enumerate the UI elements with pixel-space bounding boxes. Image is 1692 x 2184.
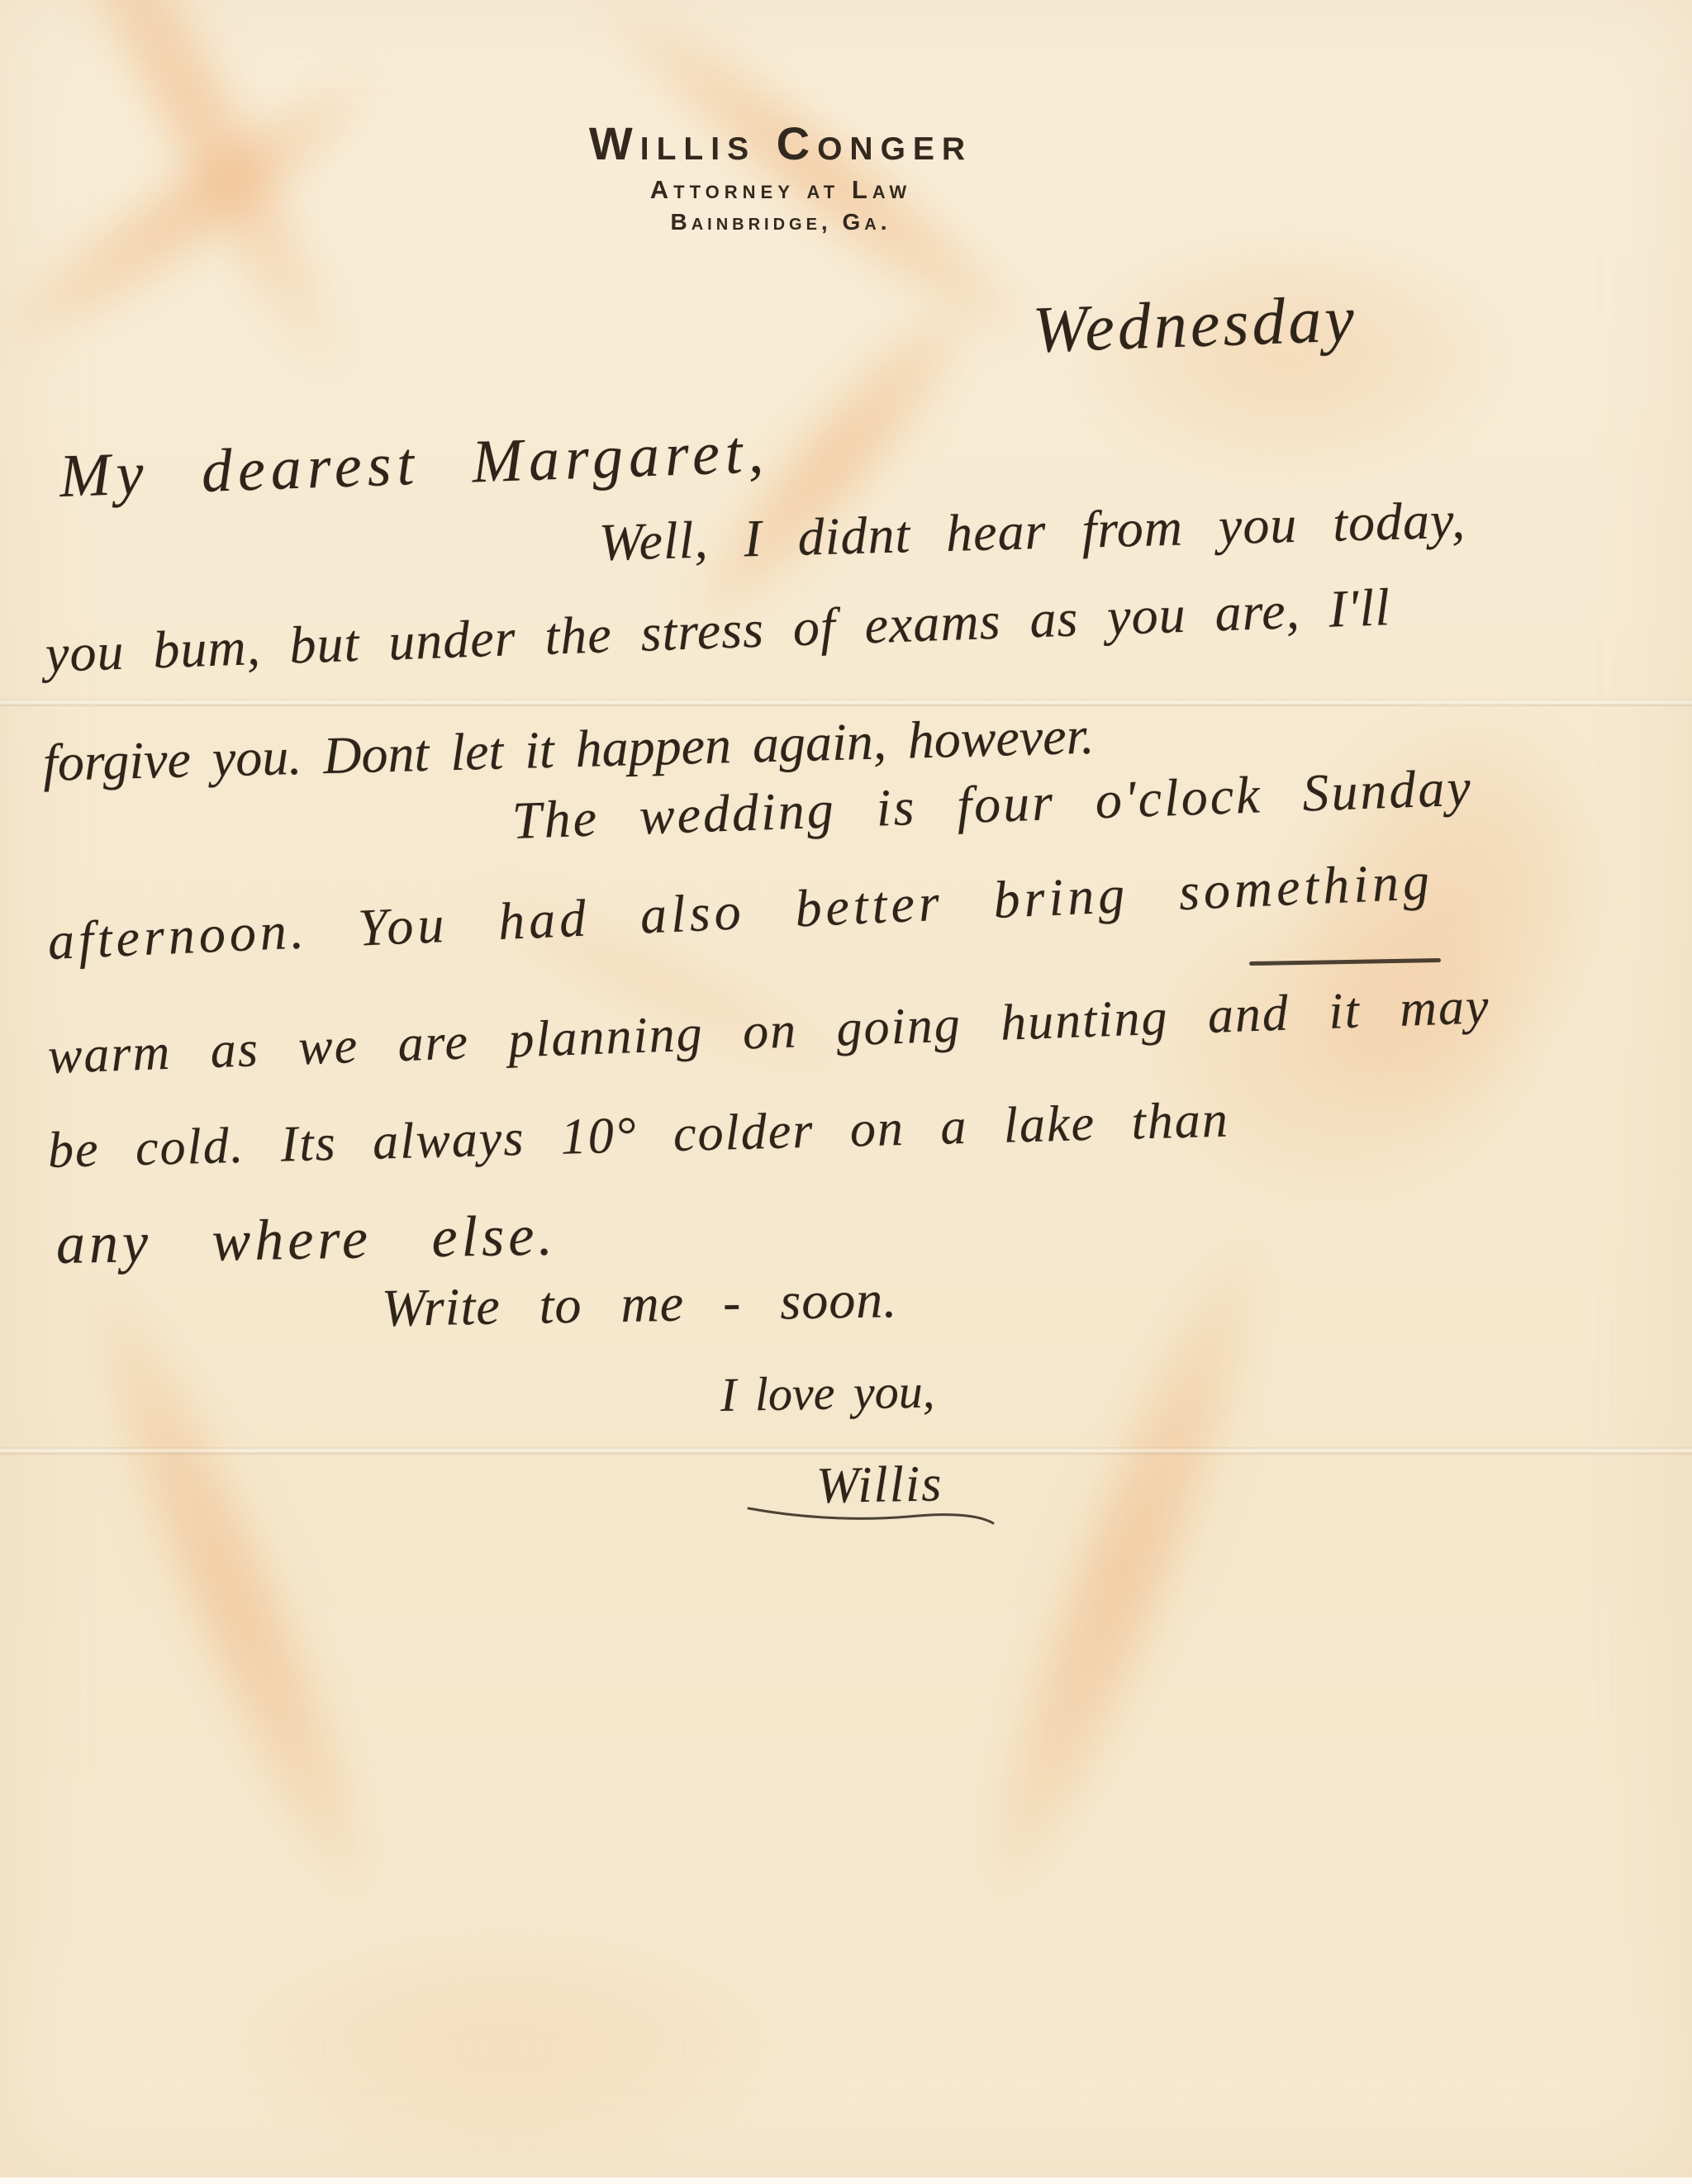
- handwritten-line: afternoon. You had also better bring som…: [47, 855, 1435, 968]
- handwritten-line: Well, I didnt hear from you today,: [598, 494, 1466, 569]
- stain-blob: [1140, 892, 1537, 1206]
- handwritten-line: be cold. Its always 10° colder on a lake…: [47, 1094, 1229, 1176]
- date-line: Wednesday: [1032, 286, 1359, 363]
- fold-crease-top: [0, 699, 1692, 707]
- handwritten-line: warm as we are planning on going hunting…: [47, 980, 1491, 1082]
- scan-edge-bottom: [0, 2177, 1692, 2184]
- handwritten-line: Write to me - soon.: [381, 1273, 897, 1335]
- stain-band: [45, 1251, 418, 1934]
- letterhead-title: Attorney at Law: [0, 177, 1561, 202]
- signature: Willis: [815, 1458, 943, 1512]
- handwritten-line: any where else.: [55, 1207, 557, 1274]
- letterhead-location: Bainbridge, Ga.: [0, 211, 1561, 234]
- stain-band: [938, 1211, 1310, 1933]
- letterhead-name: Willis Conger: [0, 121, 1561, 167]
- fold-crease-bottom: [0, 1447, 1692, 1455]
- closing: I love you,: [720, 1367, 934, 1419]
- letterhead: Willis Conger Attorney at Law Bainbridge…: [0, 121, 1561, 234]
- stain-blob: [1230, 664, 1661, 1170]
- letter-page: Willis Conger Attorney at Law Bainbridge…: [0, 0, 1692, 2184]
- handwritten-line: you bum, but under the stress of exams a…: [45, 581, 1391, 681]
- stray-ink-dash: [1249, 958, 1441, 966]
- stain-blob: [207, 1925, 801, 2172]
- salutation: My dearest Margaret,: [59, 421, 770, 507]
